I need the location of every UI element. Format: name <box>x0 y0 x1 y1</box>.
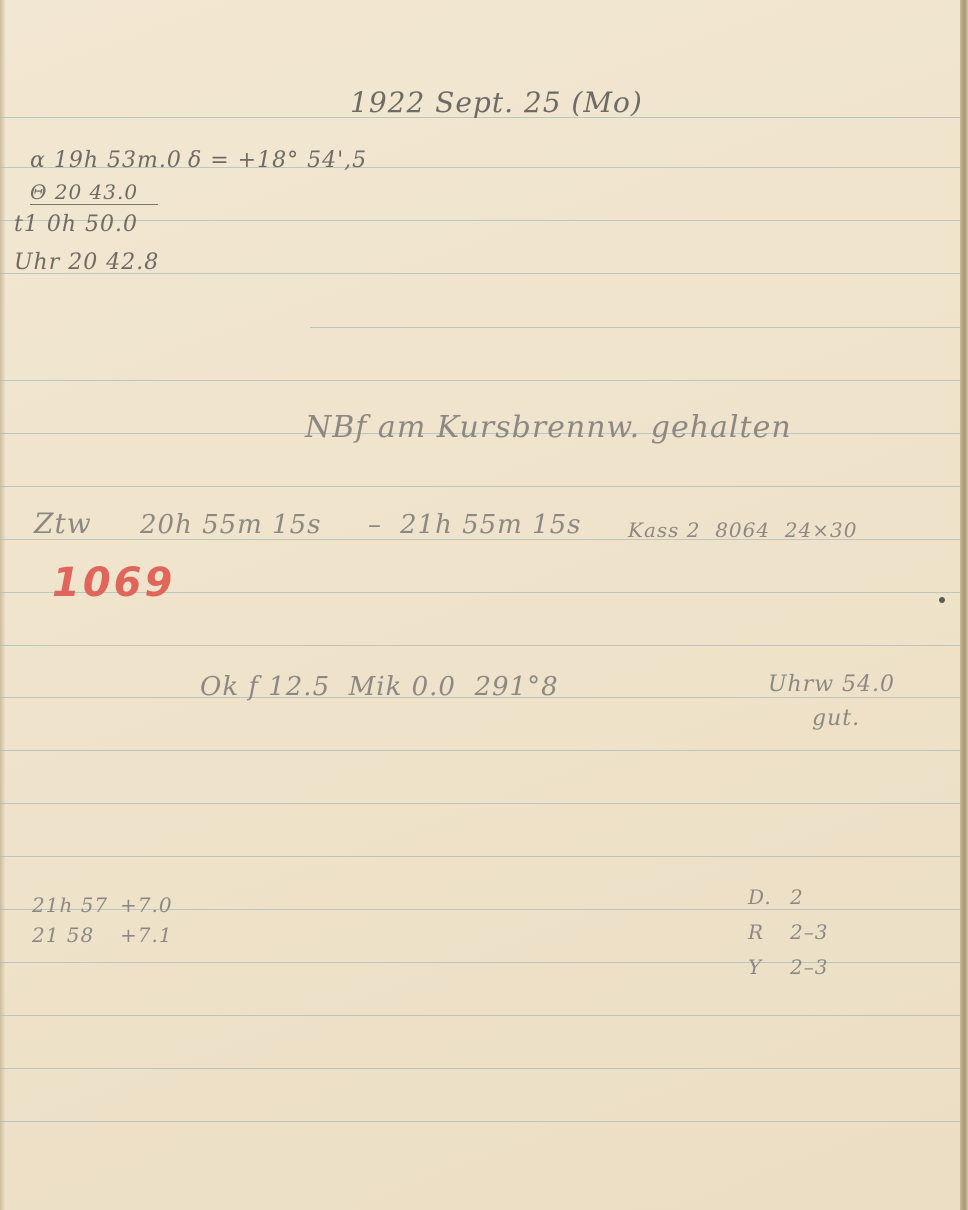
seeing-label: Y <box>748 955 762 979</box>
reading-time: 21 58 <box>32 923 94 947</box>
ruled-line <box>0 1121 960 1122</box>
reading-value: +7.1 <box>120 923 173 947</box>
ruled-line <box>0 486 960 487</box>
exposure-end: 21h 55m 15s <box>400 510 582 540</box>
ruled-line-partial <box>310 327 960 328</box>
ruled-line <box>0 645 960 646</box>
instrument-note: NBf am Kursbrennw. gehalten <box>305 410 792 445</box>
plate-info: Kass 2 8064 24×30 <box>628 518 857 542</box>
reading-time: 21h 57 <box>32 893 108 917</box>
right-ascension: α 19h 53m.0 <box>30 148 182 173</box>
seeing-label: R <box>748 920 764 944</box>
ink-spot <box>939 597 945 603</box>
ruled-line <box>0 380 960 381</box>
focus-settings: Ok f 12.5 Mik 0.0 291°8 <box>200 672 559 702</box>
seeing-value: 2 <box>790 885 804 909</box>
clock-check: Uhrw 54.0 <box>768 672 895 697</box>
exposure-label: Ztw <box>34 507 92 540</box>
ruled-line <box>0 856 960 857</box>
reading-value: +7.0 <box>120 893 173 917</box>
exposure-start: 20h 55m 15s <box>140 510 322 540</box>
clock-check-note: gut. <box>812 706 860 731</box>
exposure-dash: – <box>368 510 382 540</box>
page-spine-edge <box>960 0 968 1210</box>
ruled-line <box>0 750 960 751</box>
seeing-value: 2–3 <box>790 955 828 979</box>
clock-time: Uhr 20 42.8 <box>14 250 159 275</box>
ruled-line <box>0 220 960 221</box>
plate-number: 1069 <box>52 560 175 606</box>
ruled-line <box>0 803 960 804</box>
ruled-line <box>0 1068 960 1069</box>
declination: δ = +18° 54',5 <box>188 148 367 173</box>
hour-angle: t1 0h 50.0 <box>14 212 138 237</box>
notebook-page: 1922 Sept. 25 (Mo) α 19h 53m.0 δ = +18° … <box>0 0 968 1210</box>
page-left-edge <box>0 0 5 1210</box>
seeing-value: 2–3 <box>790 920 828 944</box>
seeing-label: D. <box>748 885 772 909</box>
entry-date: 1922 Sept. 25 (Mo) <box>350 86 643 119</box>
ruled-line <box>0 1015 960 1016</box>
sidereal-time: Θ 20 43.0 <box>30 180 158 205</box>
